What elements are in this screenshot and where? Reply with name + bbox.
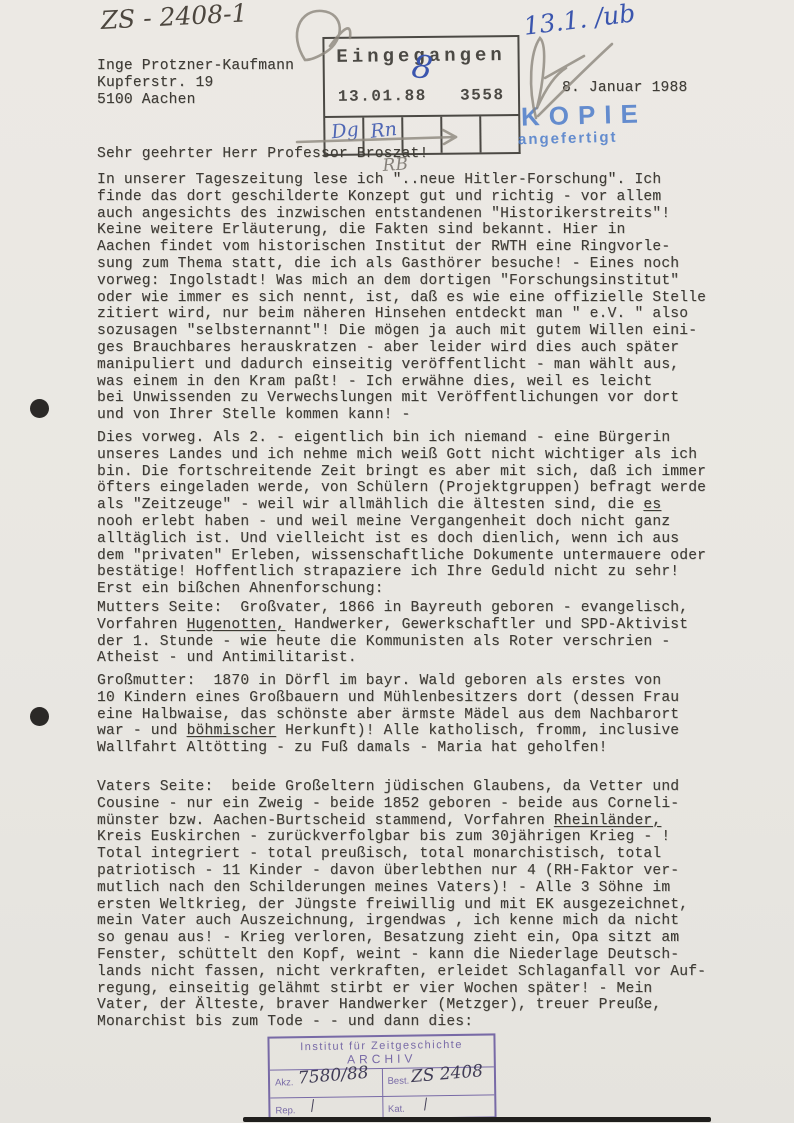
text-line: finde das dort geschilderte Konzept gut … — [97, 189, 706, 206]
field-label: Best. — [387, 1076, 409, 1087]
scanned-letter-page: ZS - 2408-1 Inge Protzner-KaufmannKupfer… — [0, 0, 794, 1123]
text-line: Inge Protzner-Kaufmann — [97, 58, 294, 75]
text-line: mutlich nach den Schilderungen meines Va… — [97, 880, 706, 897]
text-line: auch angesichts des inzwischen entstande… — [97, 206, 706, 223]
text-line: der 1. Stunde - wie heute die Kommuniste… — [97, 634, 688, 651]
text-line: oder wie immer es sich nennt, ist, daß e… — [97, 290, 706, 307]
text-line: dem "privaten" Erleben, wissenschaftlich… — [97, 548, 706, 565]
text-line: Vorfahren Hugenotten, Handwerker, Gewerk… — [97, 617, 688, 634]
text-line: manipuliert und dadurch einseitig veröff… — [97, 357, 706, 374]
text-line: so genau aus! - Krieg verloren, Besatzun… — [97, 930, 706, 947]
field-value-handwriting: / — [308, 1098, 318, 1115]
text-line: bestätige! Hoffentlich strapaziere ich I… — [97, 564, 706, 581]
paragraph-grossmutter: Großmutter: 1870 in Dörfl im bayr. Wald … — [97, 673, 679, 757]
text-line: mein Vater auch Auszeichnung, irgendwas … — [97, 913, 706, 930]
paragraph-mutters-seite: Mutters Seite: Großvater, 1866 in Bayreu… — [97, 600, 688, 667]
paragraph-intro: In unserer Tageszeitung lese ich "..neue… — [97, 172, 706, 424]
text-line: Vater, der Älteste, braver Handwerker (M… — [97, 997, 706, 1014]
text-line: münster bzw. Aachen-Burtscheid stammend,… — [97, 813, 706, 830]
kopie-stamp-line1: KOPIE — [521, 98, 648, 132]
text-line: vorweg: Ingolstadt! Was mich an dem dort… — [97, 273, 706, 290]
paragraph-zeitzeuge: Dies vorweg. Als 2. - eigentlich bin ich… — [97, 430, 706, 598]
text-line: patriotisch - 11 Kinder - davon überlebt… — [97, 863, 706, 880]
field-label: Rep. — [275, 1105, 295, 1116]
text-line: alltäglich ist. Und vielleicht ist es do… — [97, 531, 706, 548]
blue-date-note-handwriting: 13.1. /ub — [522, 0, 637, 41]
received-stamp-date: 13.01.88 — [338, 87, 427, 106]
salutation: Sehr geehrter Herr Professor Broszat! — [97, 146, 428, 163]
scan-edge-artifact — [243, 1117, 711, 1122]
text-line: Total integriert - total preußisch, tota… — [97, 846, 706, 863]
clerk-initials-right-handwriting: Rn — [369, 118, 398, 143]
text-line: eine Halbwaise, das schönste aber ärmste… — [97, 707, 679, 724]
archive-stamp: Institut für Zeitgeschichte ARCHIV Akz. … — [267, 1033, 496, 1121]
received-stamp-grid-cell — [481, 116, 518, 152]
text-line: Kupferstr. 19 — [97, 75, 294, 92]
text-line: Fenster, schüttelt den Kopf, weint - kan… — [97, 947, 706, 964]
text-line: bei Unwissenden zu Verwechslungen mit Ve… — [97, 390, 706, 407]
text-line: zitiert wird, nur beim näheren Hinsehen … — [97, 306, 706, 323]
received-stamp-grid-cell — [442, 116, 481, 152]
text-line: Dies vorweg. Als 2. - eigentlich bin ich… — [97, 430, 706, 447]
clerk-initials-left-handwriting: Dg — [330, 118, 360, 143]
text-line: 5100 Aachen — [97, 92, 294, 109]
text-line: Cousine - nur ein Zweig - beide 1852 geb… — [97, 796, 706, 813]
text-line: was einem in den Kram paßt! - Ich erwähn… — [97, 374, 706, 391]
text-line: Großmutter: 1870 in Dörfl im bayr. Wald … — [97, 673, 679, 690]
paragraph-vaters-seite: Vaters Seite: beide Großeltern jüdischen… — [97, 779, 706, 1031]
text-line: sozusagen "selbsternannt"! Die mögen ja … — [97, 323, 706, 340]
text-line: war - und böhmischer Herkunft)! Alle kat… — [97, 723, 679, 740]
text-line: Wallfahrt Altötting - zu Fuß damals - Ma… — [97, 740, 679, 757]
text-line: 10 Kindern eines Großbauern und Mühlenbe… — [97, 690, 679, 707]
text-line: Aachen findet vom historischen Institut … — [97, 239, 706, 256]
archive-stamp-field-best: Best. ZS 2408 — [382, 1067, 494, 1096]
text-line: Kreis Euskirchen - zurückverfolgbar bis … — [97, 829, 706, 846]
pencil-slash-mark — [545, 56, 584, 78]
text-line: sung zum Thema statt, die ich als Gasthö… — [97, 256, 706, 273]
text-line: lands nicht fassen, nicht verkraften, er… — [97, 964, 706, 981]
received-stamp-number: 3558 — [460, 86, 505, 104]
text-line: ersten Weltkrieg, der Jüngste freiwillig… — [97, 897, 706, 914]
text-line: Atheist - und Antimilitarist. — [97, 650, 688, 667]
archive-stamp-row: Rep. / Kat. / — [270, 1095, 494, 1119]
text-line: öfters eingeladen werde, von Schülern (P… — [97, 480, 706, 497]
sender-address: Inge Protzner-KaufmannKupferstr. 195100 … — [97, 58, 294, 108]
field-value-handwriting: / — [420, 1096, 430, 1113]
text-line: Monarchist bis zum Tode - - und dann die… — [97, 1014, 706, 1031]
hole-punch-top — [30, 399, 49, 418]
text-line: nooh erlebt haben - und weil meine Verga… — [97, 514, 706, 531]
received-stamp-gap — [427, 87, 460, 105]
archive-reference-handwriting: ZS - 2408-1 — [100, 0, 248, 35]
text-line: Erst ein bißchen Ahnenforschung: — [97, 581, 706, 598]
hole-punch-bottom — [30, 707, 49, 726]
archive-stamp-field-kat: Kat. / — [383, 1095, 495, 1118]
text-line: In unserer Tageszeitung lese ich "..neue… — [97, 172, 706, 189]
text-line: Vaters Seite: beide Großeltern jüdischen… — [97, 779, 706, 796]
text-line: und von Ihrer Stelle kommen kann! - — [97, 407, 706, 424]
field-label: Kat. — [388, 1104, 405, 1115]
text-line: bin. Die fortschreitende Zeit bringt es … — [97, 464, 706, 481]
text-line: unseres Landes und ich nehme mich weiß G… — [97, 447, 706, 464]
text-line: Keine weitere Erläuterung, die Fakten si… — [97, 222, 706, 239]
archive-stamp-field-akz: Akz. 7580/88 — [270, 1069, 383, 1098]
letter-date: 8. Januar 1988 — [562, 80, 687, 97]
kopie-stamp-line2: angefertigt — [518, 129, 618, 149]
received-stamp-number-row: 13.01.88 3558 — [338, 86, 505, 106]
text-line: ges Brauchbares herauskratzen - aber lei… — [97, 340, 706, 357]
archive-stamp-row: Akz. 7580/88 Best. ZS 2408 — [270, 1067, 494, 1098]
text-line: regung, einseitig gelähmt stirbt er vier… — [97, 981, 706, 998]
text-line: Mutters Seite: Großvater, 1866 in Bayreu… — [97, 600, 688, 617]
field-label: Akz. — [275, 1077, 294, 1088]
text-line: als "Zeitzeuge" - weil wir allmählich di… — [97, 497, 706, 514]
